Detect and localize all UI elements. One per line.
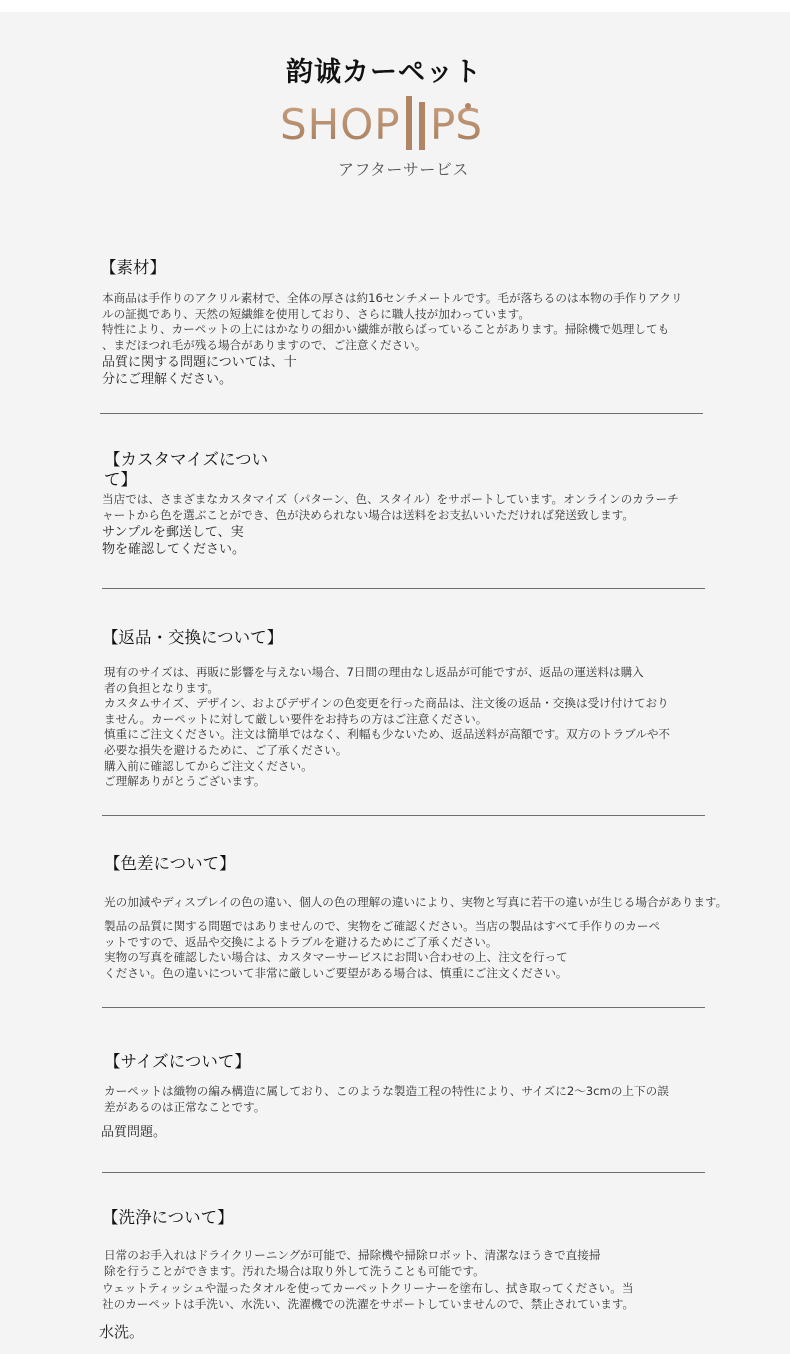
section-body-material: 本商品は手作りのアクリル素材で、全体の厚さは約16センチメートルです。毛が落ちる… [102, 291, 683, 388]
svg-text:PS: PS [430, 100, 482, 149]
section-heading-returns: 【返品・交換について】 [102, 628, 283, 648]
section-heading-size: 【サイズについて】 [104, 1052, 251, 1072]
page-subtitle: アフターサービス [338, 157, 469, 180]
text-line: ャートから色を選ぶことができ、色が決められない場合は送料をお支払いいただければ発… [102, 508, 679, 524]
section-heading-customize: 【カスタマイズについ て】 [104, 450, 268, 490]
text-line: 慎重にご注文ください。注文は簡単ではなく、利幅も少ないため、返品送料が高額です。… [104, 727, 670, 743]
text-line: 本商品は手作りのアクリル素材で、全体の厚さは約16センチメートルです。毛が落ちる… [102, 291, 683, 307]
text-line: 社のカーペットは手洗い、水洗い、洗濯機での洗濯をサポートしていませんので、禁止さ… [102, 1297, 634, 1313]
section-divider [102, 588, 705, 589]
brand-title: 韵诚カーペット [286, 50, 482, 89]
text-line: 差があるのは正常なことです。 [104, 1100, 669, 1116]
heading-line: 【カスタマイズについ [104, 450, 268, 470]
text-line: ください。色の違いについて非常に厳しいご要望がある場合は、慎重にご注文ください。 [104, 966, 660, 982]
text-line: 品質に関する問題については、十 [102, 355, 683, 372]
heading-line: て】 [104, 470, 268, 490]
text-line: 製品の品質に関する問題ではありませんので、実物をご確認ください。当店の製品はすべ… [104, 919, 660, 935]
text-line: 特性により、カーペットの上にはかなりの細かい繊維が散らばっていることがあります。… [102, 322, 683, 338]
section-divider [100, 413, 703, 414]
text-line: 除を行うことができます。汚れた場合は取り外して洗うことも可能です。 [104, 1264, 600, 1280]
text-line: サンプルを郵送して、実 [102, 525, 679, 542]
shop-tips-logo-icon: SHOP PS [278, 92, 514, 152]
shop-tips-logo: SHOP PS [278, 92, 514, 152]
text-line: 必要な損失を避けるために、ご了承ください。 [104, 743, 670, 759]
text-line: 、まだほつれ毛が残る場合がありますので、ご注意ください。 [102, 338, 683, 354]
text-line: 物を確認してください。 [102, 542, 679, 559]
section-heading-material: 【素材】 [100, 258, 166, 278]
section-body-customize: 当店では、さまざまなカスタマイズ（パターン、色、スタイル）をサポートしています。… [102, 492, 679, 558]
section-divider [102, 815, 705, 816]
text-line: カスタムサイズ、デザイン、およびデザインの色変更を行った商品は、注文後の返品・交… [104, 696, 670, 712]
text-line: 品質問題。 [101, 1125, 166, 1142]
text-line: カーペットは織物の編み構造に属しており、このような製造工程の特性により、サイズに… [104, 1084, 669, 1100]
section-body-size: カーペットは織物の編み構造に属しており、このような製造工程の特性により、サイズに… [104, 1084, 669, 1115]
text-line: 当店では、さまざまなカスタマイズ（パターン、色、スタイル）をサポートしています。… [102, 492, 679, 508]
top-bar [0, 0, 790, 12]
text-line: 日常のお手入れはドライクリーニングが可能で、掃除機や掃除ロボット、清潔なほうきで… [104, 1248, 600, 1264]
section-divider [102, 1007, 705, 1008]
text-line: ご理解ありがとうございます。 [104, 774, 670, 790]
section-body-color-difference: 製品の品質に関する問題ではありませんので、実物をご確認ください。当店の製品はすべ… [104, 919, 660, 981]
text-line: 現有のサイズは、再販に影響を与えない場合、7日間の理由なし返品が可能ですが、返品… [104, 665, 670, 681]
section-heading-cleaning: 【洗浄について】 [102, 1208, 234, 1228]
section-heading-color-difference: 【色差について】 [104, 854, 236, 874]
text-line: 実物の写真を確認したい場合は、カスタマーサービスにお問い合わせの上、注文を行って [104, 950, 660, 966]
text-line: ルの証拠であり、天然の短繊維を使用しており、さらに職人技が加わっています。 [102, 307, 683, 323]
logo-text: SHOP [280, 100, 401, 149]
text-line: 者の負担となります。 [104, 681, 670, 697]
text-line: 購入前に確認してからご注文ください。 [104, 759, 670, 775]
section-intro-color-difference: 光の加減やディスプレイの色の違い、個人の色の理解の違いにより、実物と写真に若干の… [104, 895, 727, 911]
section-body-cleaning: 日常のお手入れはドライクリーニングが可能で、掃除機や掃除ロボット、清潔なほうきで… [104, 1248, 600, 1279]
section-body-cleaning-2: ウェットティッシュや湿ったタオルを使ってカーペットクリーナーを塗布し、拭き取って… [102, 1281, 634, 1312]
text-line: ウェットティッシュや湿ったタオルを使ってカーペットクリーナーを塗布し、拭き取って… [102, 1281, 634, 1297]
section-body-returns: 現有のサイズは、再販に影響を与えない場合、7日間の理由なし返品が可能ですが、返品… [104, 665, 670, 790]
text-line: ットですので、返品や交換によるトラブルを避けるためにご了承ください。 [104, 935, 660, 951]
section-divider [102, 1172, 705, 1173]
text-line: 分にご理解ください。 [102, 372, 683, 389]
text-line: ません。カーペットに対して厳しい要件をお持ちの方はご注意ください。 [104, 712, 670, 728]
text-line: 水洗。 [99, 1321, 144, 1342]
